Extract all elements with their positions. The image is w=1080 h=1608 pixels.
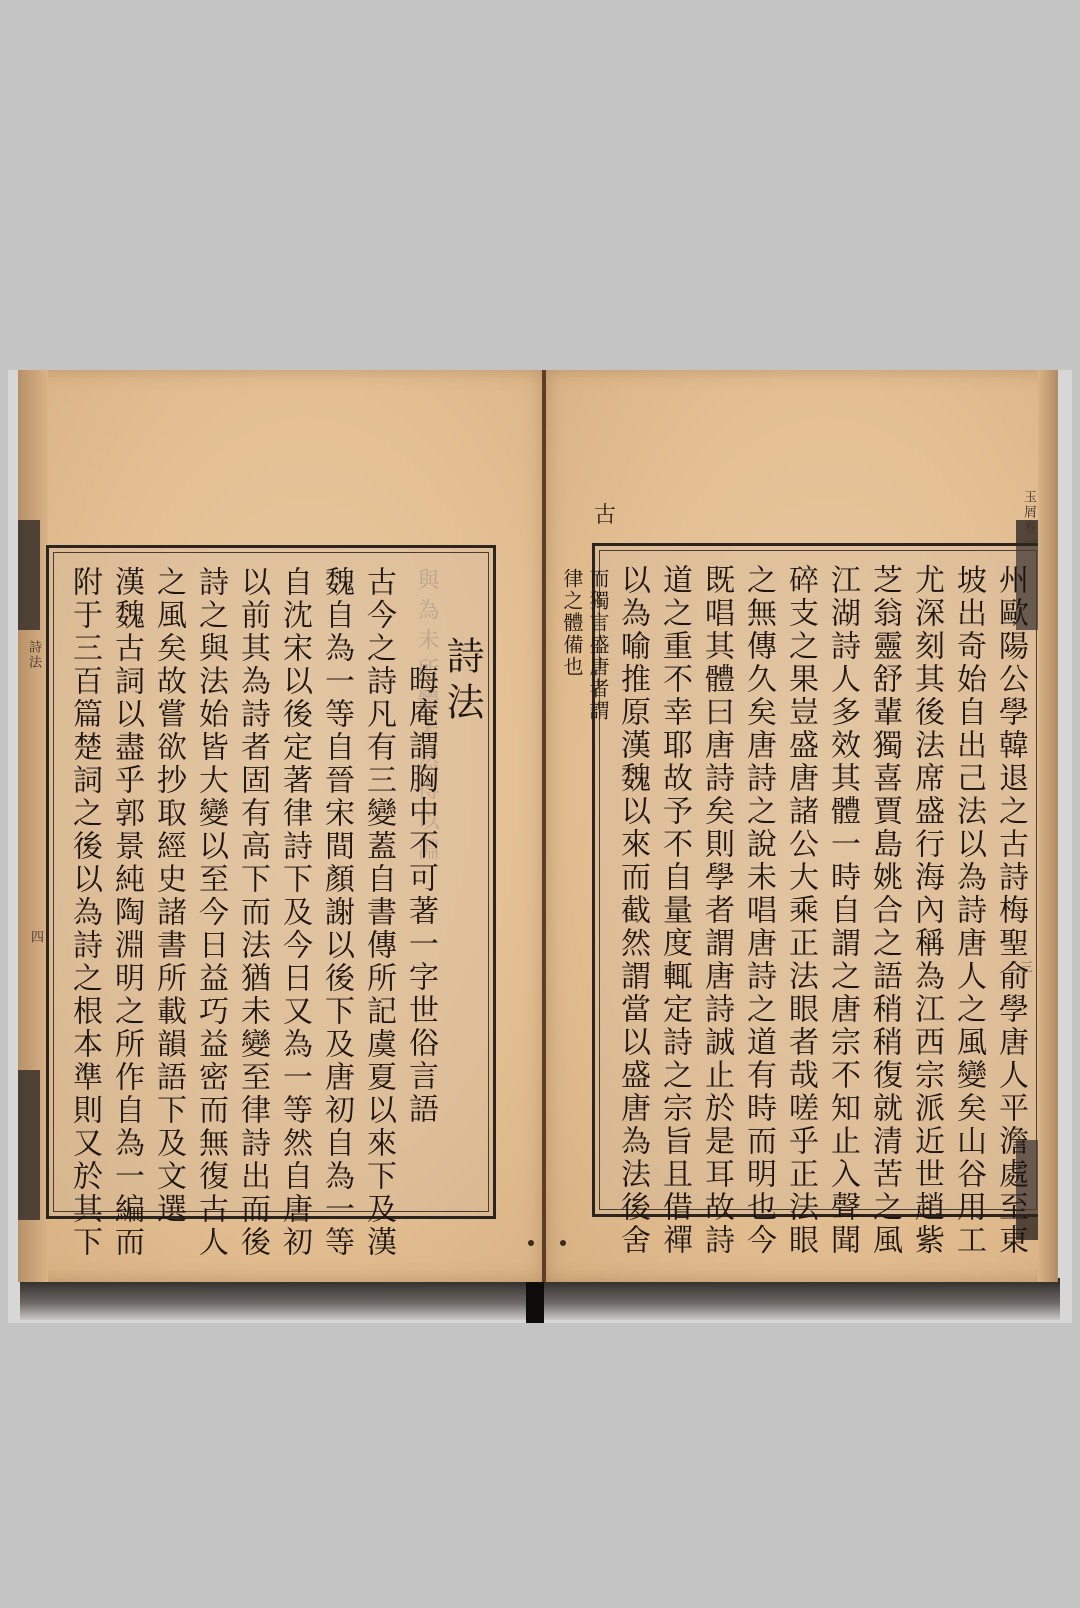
left-text-frame: 與為未所體未然得以淵 詩法 晦庵謂胸中不可著一字世俗言語 古今之詩凡有三變蓋自書…	[46, 545, 496, 1219]
left-folio-number: 四	[26, 930, 45, 945]
text-column: 古今之詩凡有三變蓋自書傳所記虞夏以來下及漢	[357, 566, 399, 1198]
worm-hole	[560, 1240, 566, 1246]
small-note-column: 律之體備也	[559, 564, 585, 1196]
worm-hole	[528, 1240, 534, 1246]
text-column: 漢魏古詞以盡乎郭景純陶淵明之所作自為一編而	[105, 566, 147, 1198]
text-column: 之風矣故嘗欲抄取經史諸書所載韻語下及文選	[147, 566, 189, 1198]
text-column: 附于三百篇楚詞之後以為詩之根本準則又於其下	[63, 566, 105, 1198]
left-side-label: 詩法	[24, 640, 43, 670]
text-column: 以前其為詩者固有高下而法猶未變至律詩出而後	[231, 566, 273, 1198]
text-column: 碎支之果豈盛唐諸公大乘正法眼者哉嗟乎正法眼	[779, 564, 821, 1196]
right-columns: 州歐陽公學韓退之古詩梅聖俞學唐人平澹處至東 坡出奇始自出己法以為詩唐人之風變矣山…	[605, 564, 1031, 1196]
right-text-frame: 州歐陽公學韓退之古詩梅聖俞學唐人平澹處至東 坡出奇始自出己法以為詩唐人之風變矣山…	[592, 543, 1044, 1217]
margin-mark: 古	[594, 498, 616, 529]
text-column: 之無傳久矣唐詩之說未唱唐詩之道有時而明也今	[737, 564, 779, 1196]
text-column: 詩之與法始皆大變以至今日益巧益密而無復古人	[189, 566, 231, 1198]
section-title: 詩法	[441, 566, 483, 1198]
text-column: 芝翁靈舒輩獨喜賈島姚合之語稍稍復就清苦之風	[863, 564, 905, 1196]
left-page: 詩法 四 與為未所體未然得以淵 詩法 晦庵謂胸中不可著一字世俗言語 古今之詩凡有…	[18, 370, 544, 1282]
text-column: 自沈宋以後定著律詩下及今日又為一等然自唐初	[273, 566, 315, 1198]
text-column: 坡出奇始自出己法以為詩唐人之風變矣山谷用工	[947, 564, 989, 1196]
text-column: 尤深刻其後法席盛行海內稱為江西宗派近世趙紫	[905, 564, 947, 1196]
text-column: 道之重不幸耶故予不自量度輒定詩之宗旨且借禪	[653, 564, 695, 1196]
left-fishtail-top	[18, 520, 40, 630]
text-column: 既唱其體曰唐詩矣則學者謂唐詩誠止於是耳故詩	[695, 564, 737, 1196]
author-line: 晦庵謂胸中不可著一字世俗言語	[399, 566, 441, 1198]
text-column: 以為喻推原漢魏以來而截然謂當以盛唐為法後舍	[611, 564, 653, 1196]
text-column: 江湖詩人多效其體一時自謂之唐宗不知止入聲聞	[821, 564, 863, 1196]
left-fishtail-bottom	[18, 1070, 40, 1220]
left-columns: 詩法 晦庵謂胸中不可著一字世俗言語 古今之詩凡有三變蓋自書傳所記虞夏以來下及漢 …	[59, 566, 483, 1198]
right-page: 古 玉屑卷一 三 州歐陽公學韓退之古詩梅聖俞學唐人平澹處至東 坡出奇始自出己法以…	[546, 370, 1058, 1282]
text-column: 州歐陽公學韓退之古詩梅聖俞學唐人平澹處至東	[989, 564, 1031, 1196]
small-note-column: 而獨言盛唐者謂	[585, 564, 611, 1196]
text-column: 魏自為一等自晉宋間顏謝以後下及唐初自為一等	[315, 566, 357, 1198]
